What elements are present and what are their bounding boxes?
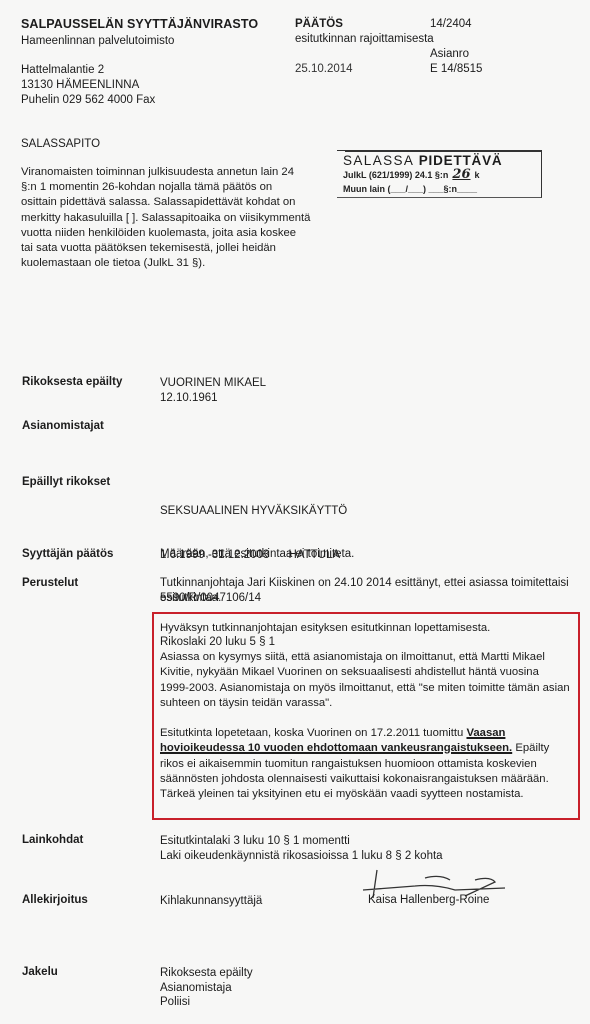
- case-number: E 14/8515: [430, 62, 482, 76]
- law-line: Esitutkintalaki 3 luku 10 § 1 momentti: [160, 834, 443, 849]
- recipient: Poliisi: [160, 995, 253, 1010]
- signer-name: Kaisa Hallenberg-Roine: [368, 894, 489, 906]
- address-city: 13130 HÄMEENLINNA: [21, 78, 155, 93]
- complainants-label: Asianomistajat: [22, 420, 104, 432]
- stamp-other-law-line: Muun lain (___/___) ___§:n____: [343, 182, 541, 196]
- stamp-title: SALASSA PIDETTÄVÄ: [343, 153, 541, 168]
- highlight-para-1: Hyväksyn tutkinnanjohtajan esityksen esi…: [160, 621, 580, 636]
- law-line: Laki oikeudenkäynnistä rikosasioissa 1 l…: [160, 849, 443, 864]
- office-name: Hameenlinnan palvelutoimisto: [21, 34, 174, 48]
- suspect-name: VUORINEN MIKAEL: [160, 376, 266, 391]
- secrecy-text: Viranomaisten toiminnan julkisuudesta an…: [21, 165, 311, 271]
- confidential-stamp: SALASSA PIDETTÄVÄ JulkL (621/1999) 24.1 …: [337, 150, 542, 198]
- suspect-dob: 12.10.1961: [160, 391, 266, 406]
- distribution-list: Rikoksesta epäilty Asianomistaja Poliisi: [160, 966, 253, 1010]
- decision-number: 14/2404: [430, 17, 472, 31]
- suspect-info: VUORINEN MIKAEL 12.10.1961: [160, 376, 266, 405]
- office-address: Hattelmalantie 2 13130 HÄMEENLINNA Puhel…: [21, 63, 155, 108]
- law-list: Esitutkintalaki 3 luku 10 § 1 momentti L…: [160, 834, 443, 863]
- handwritten-number: 26: [448, 167, 474, 182]
- law-label: Lainkohdat: [22, 834, 83, 846]
- case-number-label: Asianro: [430, 47, 469, 61]
- stamp-law-line: JulkL (621/1999) 24.1 §:n26k: [343, 168, 541, 182]
- decision-label: Syyttäjän päätös: [22, 548, 113, 560]
- signature-label: Allekirjoitus: [22, 894, 88, 906]
- suspect-label: Rikoksesta epäilty: [22, 376, 122, 388]
- address-street: Hattelmalantie 2: [21, 63, 155, 78]
- offences-label: Epäillyt rikokset: [22, 476, 110, 488]
- highlight-para-2: Asiassa on kysymys siitä, että asianomis…: [160, 650, 570, 711]
- decision-title: PÄÄTÖS: [295, 17, 343, 31]
- decision-text: Määrään, että esitutkintaa ei toimiteta.: [160, 547, 354, 562]
- decision-subject: esitutkinnan rajoittamisesta: [295, 32, 434, 46]
- decision-date: 25.10.2014: [295, 62, 353, 76]
- grounds-text: Tutkinnanjohtaja Jari Kiiskinen on 24.10…: [160, 576, 570, 605]
- offence-line: SEKSUAALINEN HYVÄKSIKÄYTTÖ: [160, 504, 347, 519]
- signer-title: Kihlakunnansyyttäjä: [160, 894, 262, 909]
- grounds-label: Perustelut: [22, 577, 78, 589]
- highlight-para-3: Esitutkinta lopetetaan, koska Vuorinen o…: [160, 726, 575, 802]
- organization-name: SALPAUSSELÄN SYYTTÄJÄNVIRASTO: [21, 17, 258, 31]
- recipient: Asianomistaja: [160, 981, 253, 996]
- distribution-label: Jakelu: [22, 966, 58, 978]
- address-phone: Puhelin 029 562 4000 Fax: [21, 93, 155, 108]
- secrecy-title: SALASSAPITO: [21, 138, 100, 150]
- recipient: Rikoksesta epäilty: [160, 966, 253, 981]
